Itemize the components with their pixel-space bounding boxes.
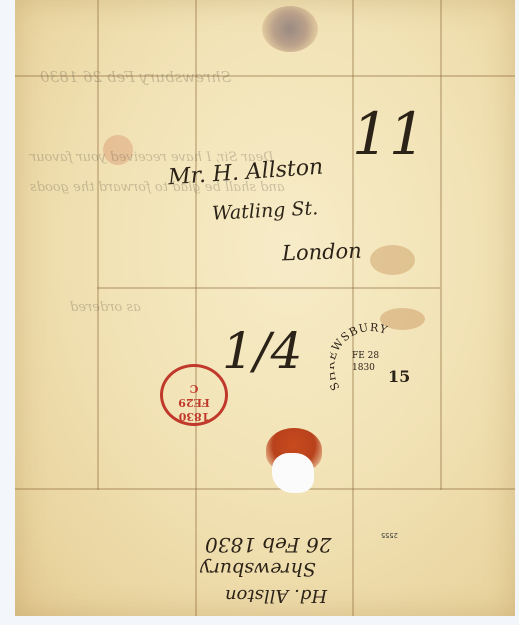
archive-number: 2555: [381, 531, 398, 539]
ghost-text: as ordered: [70, 300, 141, 315]
ghost-text: Shrewsbury Feb 26 1830: [40, 68, 231, 86]
docket-line-2: Shrewsbury: [200, 558, 316, 580]
red-circular-postmark: 1830 FE29 C: [160, 364, 228, 426]
docket-line-3: Hd. Allston: [225, 585, 327, 606]
svg-text:154: 154: [388, 367, 410, 386]
svg-text:1830: 1830: [352, 363, 375, 373]
wax-seal-remnant: [262, 6, 318, 52]
svg-text:FE 28: FE 28: [352, 351, 379, 361]
fold-line: [97, 287, 440, 289]
fold-line: [440, 0, 442, 490]
fold-line: [15, 488, 515, 490]
manuscript-charge: 1/4: [222, 322, 302, 380]
shrewsbury-postmark: SHREWSBURY FE 28 1830 154: [330, 318, 410, 396]
seal-tear: [272, 453, 314, 493]
postage-rate: 11: [352, 100, 426, 168]
stain: [370, 245, 415, 275]
docket-line-1: 26 Feb 1830: [205, 533, 331, 557]
fold-line: [195, 0, 197, 616]
address-line-3: London: [282, 239, 363, 266]
fold-line: [352, 0, 354, 616]
